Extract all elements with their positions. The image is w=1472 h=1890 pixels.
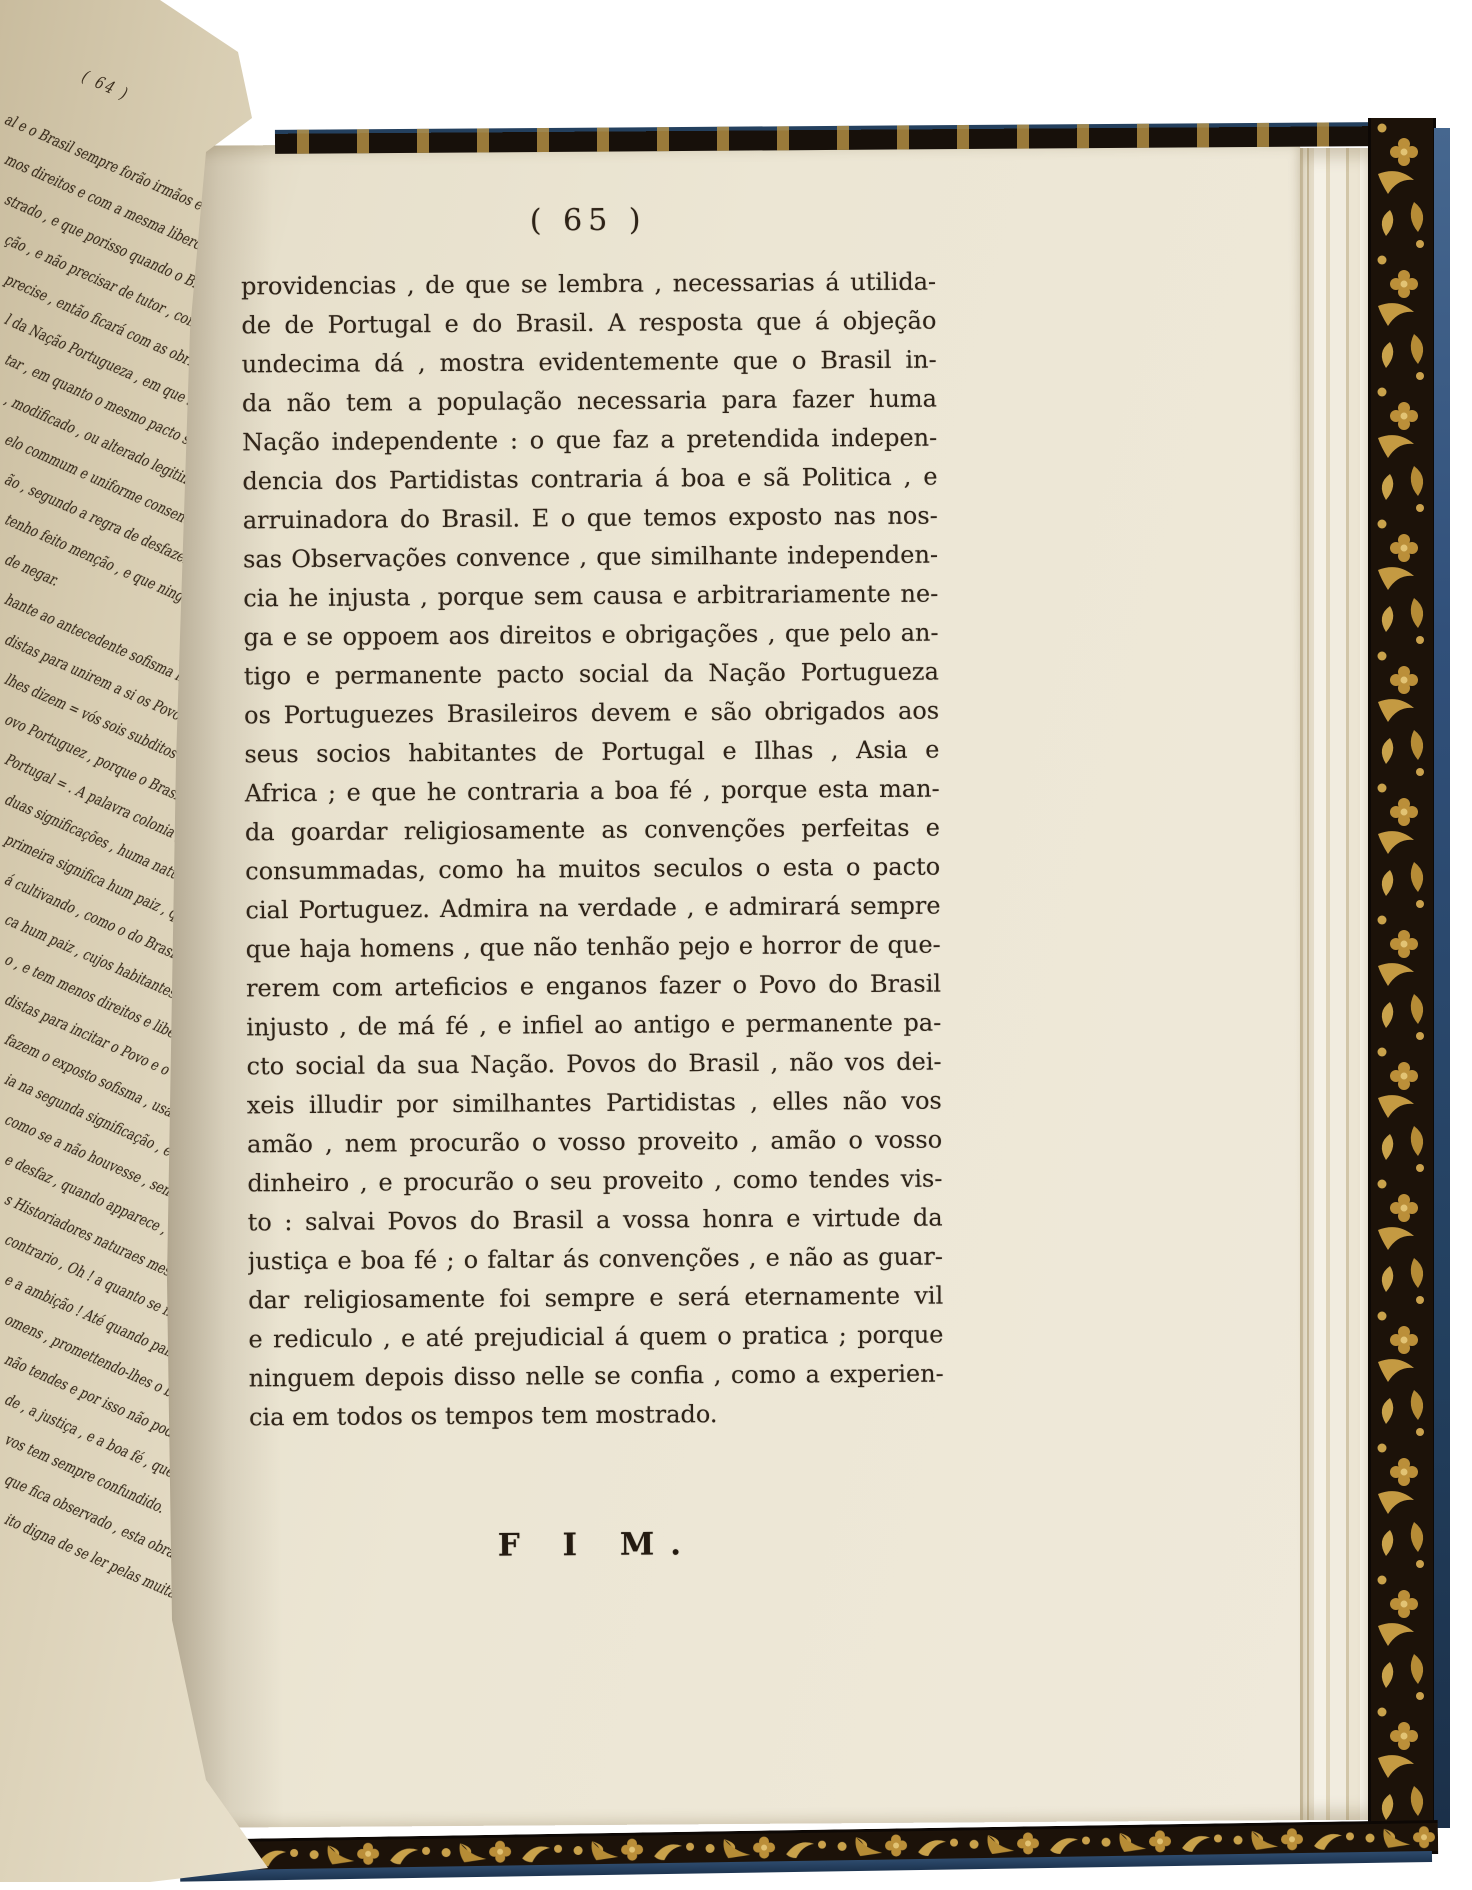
text-line: da não tem a população necessaria para f… <box>242 380 937 424</box>
text-line: sas Observações convence , que similhant… <box>243 536 938 580</box>
text-line: de de Portugal e do Brasil. A resposta q… <box>241 302 936 346</box>
open-book: ( 65 ) providencias , de que se lembra ,… <box>0 0 1472 1890</box>
text-line: cia he injusta , porque sem causa e arbi… <box>243 575 938 619</box>
text-line: dencia dos Partidistas contraria á boa e… <box>242 458 937 502</box>
text-line: ninguem depois disso nelle se confia , c… <box>249 1355 944 1399</box>
text-line: undecima dá , mostra evidentemente que o… <box>242 341 937 385</box>
text-line: xeis illudir por similhantes Partidistas… <box>247 1082 942 1126</box>
text-line: Africa ; e que he contraria a boa fé , p… <box>245 770 940 814</box>
text-line: da goardar religiosamente as convenções … <box>245 809 940 853</box>
text-line: os Portuguezes Brasileiros devem e são o… <box>244 692 939 736</box>
text-line: e rediculo , e até prejudicial á quem o … <box>248 1316 943 1360</box>
text-line: cto social da sua Nação. Povos do Brasil… <box>246 1043 941 1087</box>
gilt-border-right-ornament <box>1368 118 1436 1834</box>
text-line: seus socios habitantes de Portugal e Ilh… <box>244 731 939 775</box>
cover-edge-right <box>1434 128 1450 1828</box>
text-line: tigo e permanente pacto social da Nação … <box>244 653 939 697</box>
text-line: dinheiro , e procurão o seu proveito , c… <box>247 1160 942 1204</box>
text-line: Nação independente : o que faz a pretend… <box>242 419 937 463</box>
photo-background: ( 65 ) providencias , de que se lembra ,… <box>0 0 1472 1890</box>
text-line: injusto , de má fé , e infiel ao antigo … <box>246 1004 941 1048</box>
gilt-border-right <box>1368 118 1436 1834</box>
text-line: justiça e boa fé ; o faltar ás convençõe… <box>248 1238 943 1282</box>
text-line: consummadas, como ha muitos seculos o es… <box>245 848 940 892</box>
text-line: cial Portuguez. Admira na verdade , e ad… <box>245 887 940 931</box>
text-line: dar religiosamente foi sempre e será ete… <box>248 1277 943 1321</box>
page-65: ( 65 ) providencias , de que se lembra ,… <box>152 138 1312 1828</box>
text-line: providencias , de que se lembra , necess… <box>241 263 936 307</box>
text-line: rerem com arteficios e enganos fazer o P… <box>246 965 941 1009</box>
text-line: cia em todos os tempos tem mostrado. <box>249 1394 944 1438</box>
text-line: ga e se oppoem aos direitos e obrigações… <box>243 614 938 658</box>
page-65-text: providencias , de que se lembra , necess… <box>241 263 944 1438</box>
text-line: arruinadora do Brasil. E o que temos exp… <box>243 497 938 541</box>
text-line: amão , nem procurão o vosso proveito , a… <box>247 1121 942 1165</box>
page-number-65: ( 65 ) <box>241 201 936 252</box>
text-line: que haja homens , que não tenhão pejo e … <box>246 926 941 970</box>
page-fore-edge <box>1300 148 1372 1820</box>
fim-text: F I M. <box>250 1525 945 1566</box>
text-line: to : salvai Povos do Brasil a vossa honr… <box>248 1199 943 1243</box>
